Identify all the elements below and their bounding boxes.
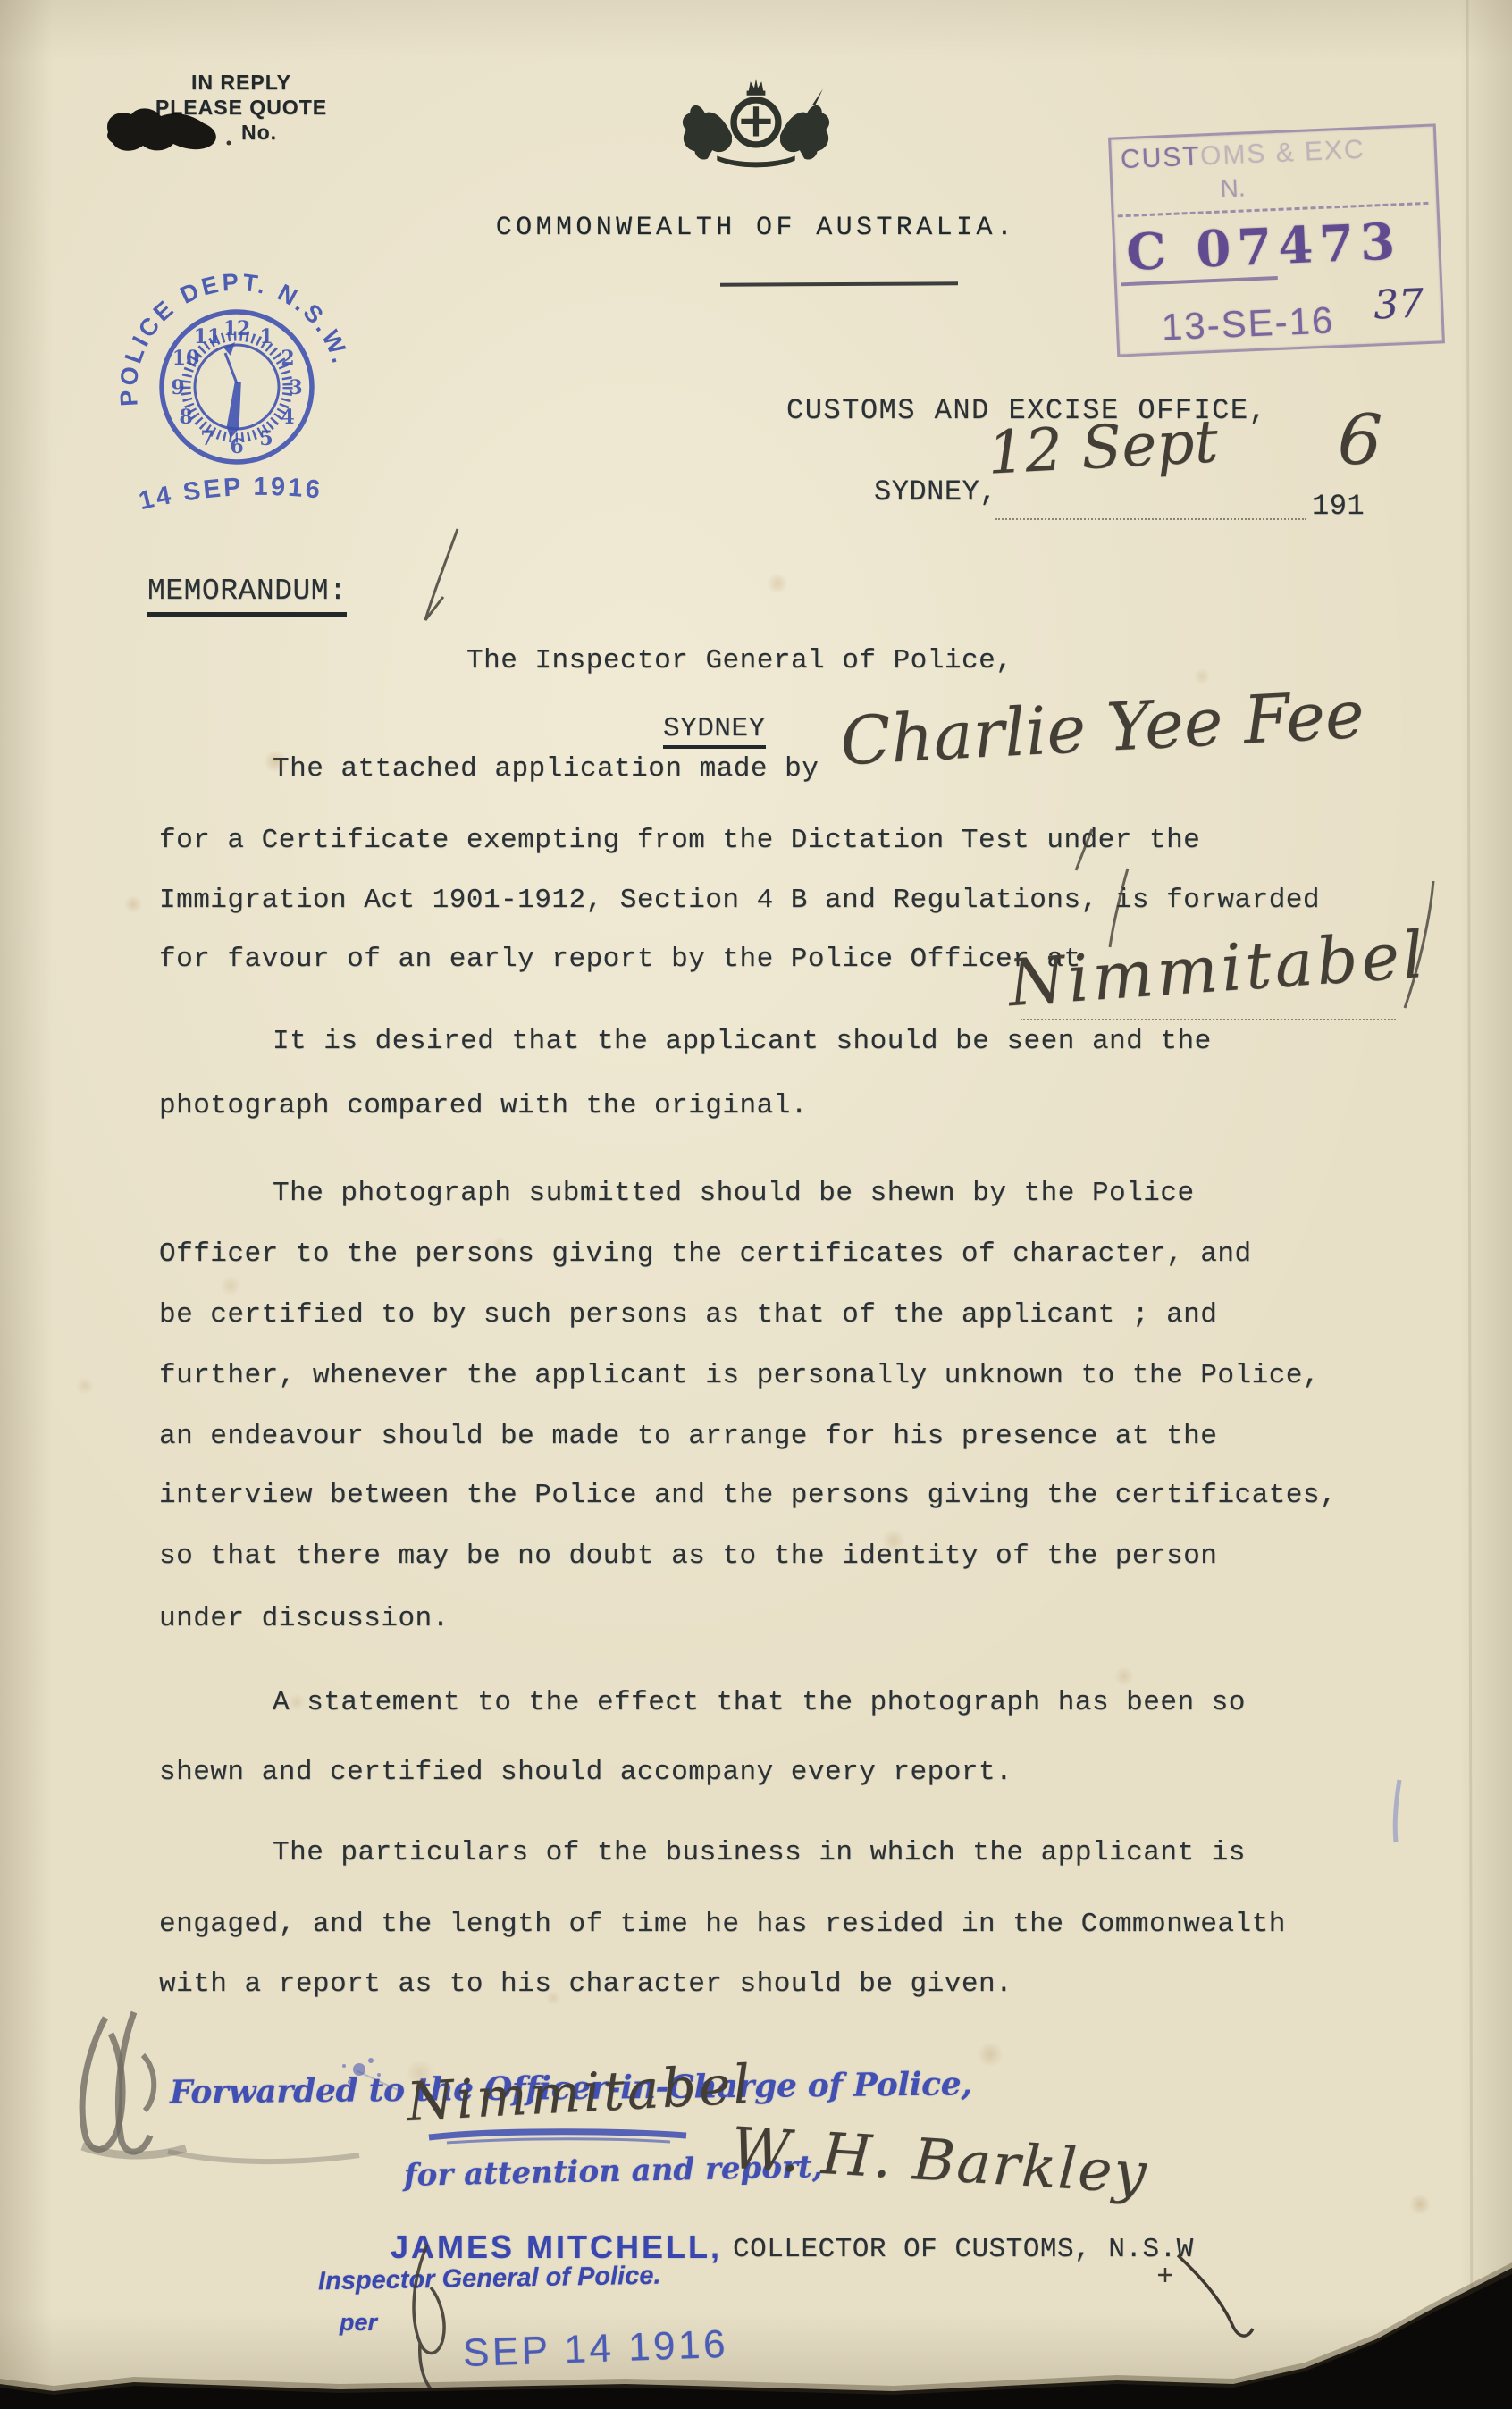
scan-backing-edge — [0, 2268, 1512, 2409]
place-underline — [429, 2132, 686, 2143]
inspector-general-stamp: Inspector General of Police. — [318, 2262, 661, 2297]
customs-registry-stamp: CUSTOMS & EXC N. C 07473 13-SE-16 37 — [1108, 123, 1445, 357]
registry-line2: N. — [1220, 173, 1246, 203]
signature-barkley: W. H. Barkley — [729, 2116, 1149, 2207]
date-rule — [995, 490, 1306, 520]
paper-crease — [1467, 0, 1472, 2409]
body-line: engaged, and the length of time he has r… — [159, 1910, 1286, 1938]
body-line: be certified to by such persons as that … — [159, 1301, 1217, 1329]
reply-note-line3: No. — [134, 120, 349, 145]
registry-heading-clear: CUST — [1120, 142, 1200, 175]
police-stamp-date: 14 SEP 1916 — [136, 473, 323, 516]
signature-flourish — [1158, 2255, 1253, 2336]
addressee: The Inspector General of Police, — [466, 647, 1012, 675]
clock-hand — [225, 381, 246, 439]
clock-number: 4 — [281, 406, 294, 429]
received-date-stamp: SEP 14 1916 — [462, 2322, 729, 2376]
pen-checkmark — [425, 529, 458, 620]
paper-stain — [1113, 1667, 1135, 1685]
body-line: for favour of an early report by the Pol… — [159, 945, 1081, 973]
handwritten-date: 12 Sept — [986, 407, 1220, 487]
reply-note-line1: IN REPLY — [134, 70, 349, 95]
registry-date: 13-SE-16 — [1161, 298, 1335, 348]
collector-title-typed: COLLECTOR OF CUSTOMS, N.S.W — [733, 2236, 1194, 2263]
registry-pen-annotation: 37 — [1373, 281, 1424, 328]
clock-number: 2 — [281, 347, 294, 370]
handwritten-year-digit: 6 — [1336, 399, 1383, 482]
paper-stain — [1408, 2195, 1432, 2214]
memorandum-label: MEMORANDUM: — [147, 576, 347, 617]
body-line: The attached application made by — [273, 755, 819, 783]
paper-stain — [75, 1378, 95, 1394]
body-line: an endeavour should be made to arrange f… — [159, 1423, 1217, 1450]
year-printed: 191 — [1312, 492, 1365, 521]
james-mitchell-stamp: JAMES MITCHELL, — [391, 2229, 722, 2266]
body-line: It is desired that the applicant should … — [273, 1028, 1212, 1055]
torn-edge-shadow — [0, 2262, 1512, 2395]
body-line: A statement to the effect that the photo… — [273, 1689, 1246, 1717]
body-line: Immigration Act 1901-1912, Section 4 B a… — [159, 886, 1320, 914]
footer-place-handwritten: Nimmitabel — [405, 2053, 754, 2134]
clock-number: 9 — [171, 376, 184, 399]
body-line: further, whenever the applicant is perso… — [159, 1362, 1320, 1389]
document-scan: IN REPLY PLEASE QUOTE No. COMMONWEALTH O… — [0, 0, 1512, 2409]
royal-coat-of-arms-icon — [663, 75, 849, 173]
clock-number: 10 — [172, 347, 200, 370]
blue-pencil-mark — [1395, 1780, 1399, 1842]
paper-stain — [123, 895, 143, 913]
body-line: with a report as to his character should… — [159, 1970, 1012, 1998]
addressee-city: SYDNEY — [663, 715, 766, 749]
page-title: COMMONWEALTH OF AUSTRALIA. — [465, 214, 1047, 241]
body-line: Officer to the persons giving the certif… — [159, 1240, 1252, 1268]
body-line: photograph compared with the original. — [159, 1092, 808, 1120]
clock-number: 1 — [259, 325, 273, 348]
paper-stain — [1193, 668, 1211, 684]
body-line: shewn and certified should accompany eve… — [159, 1758, 1012, 1786]
registry-heading: CUSTOMS & EXC — [1120, 135, 1365, 175]
body-line: interview between the Police and the per… — [159, 1481, 1337, 1509]
svg-text:14 SEP 1916: 14 SEP 1916 — [136, 473, 323, 516]
body-line: The particulars of the business in which… — [273, 1839, 1246, 1867]
title-rule — [720, 281, 958, 286]
reply-note: IN REPLY PLEASE QUOTE No. — [134, 70, 349, 145]
clock-number: 6 — [230, 435, 243, 458]
per-label: per — [340, 2309, 377, 2337]
paper-stain — [976, 2043, 1004, 2066]
applicant-name-handwritten: Charlie Yee Fee — [838, 676, 1366, 781]
clock-number: 11 — [194, 325, 222, 348]
body-line: under discussion. — [159, 1605, 449, 1633]
body-line: The photograph submitted should be shewn… — [273, 1179, 1195, 1207]
office-place: SYDNEY, — [874, 478, 997, 507]
paper-stain — [766, 574, 789, 593]
body-line: so that there may be no doubt as to the … — [159, 1542, 1217, 1570]
registry-heading-faded: OMS & EXC — [1199, 135, 1365, 172]
reply-note-line2: PLEASE QUOTE — [134, 95, 349, 120]
clock-number: 8 — [179, 406, 192, 429]
police-dept-clock-stamp: POLICE DEPT. N.S.W. 14 SEP 1916 12 1 2 3… — [118, 253, 359, 539]
clock-number: 12 — [223, 317, 251, 340]
body-line: for a Certificate exempting from the Dic… — [159, 827, 1200, 854]
clock-number: 3 — [289, 376, 302, 399]
paper-stain — [219, 1276, 242, 1296]
registry-number: C 07473 — [1125, 212, 1402, 282]
clock-number: 5 — [259, 427, 273, 450]
clock-number: 7 — [200, 427, 214, 450]
